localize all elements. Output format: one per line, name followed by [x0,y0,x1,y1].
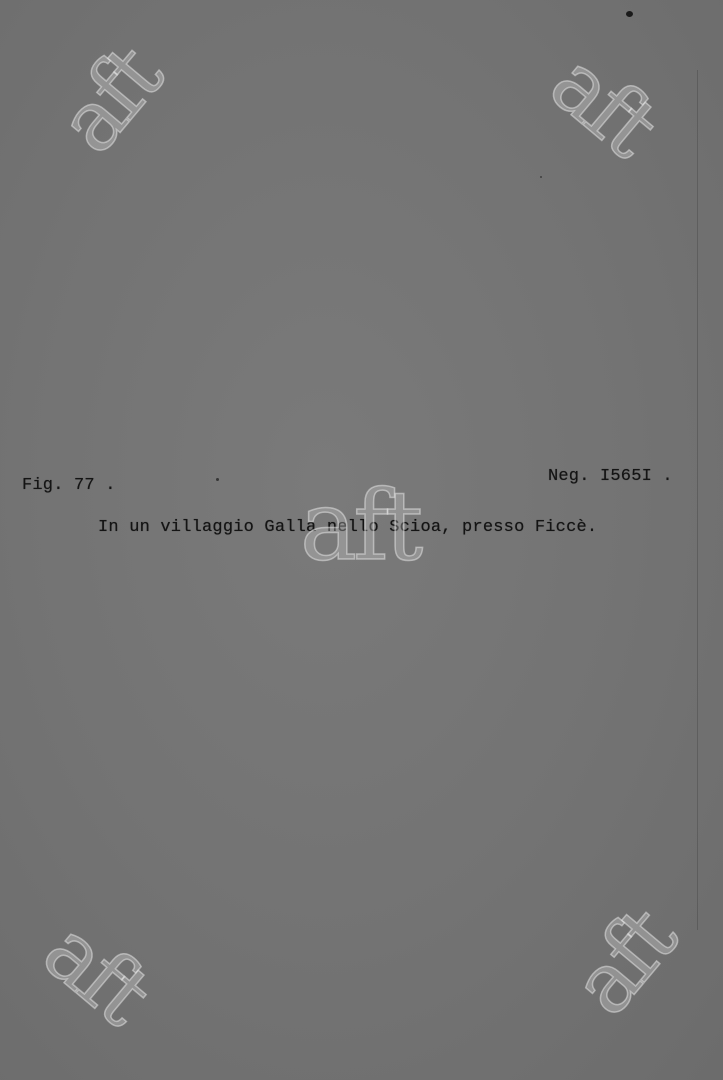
watermark-bottom-left: aft [30,907,163,1038]
watermark-bottom-right: aft [558,896,689,1029]
card-edge-line [697,70,698,930]
ink-speck [626,11,633,17]
figure-number: Fig. 77 . [22,476,116,495]
watermark-top-right: aft [537,39,670,170]
watermark-top-left: aft [44,34,175,167]
dust-speck [540,176,542,178]
photo-caption: In un villaggio Galla nello Scioa, press… [98,518,597,537]
archival-photo-card: aft aft aft aft Fig. 77 . Neg. I565I . I… [0,0,723,1080]
dust-speck [216,478,219,481]
negative-number: Neg. I565I . [548,467,673,486]
